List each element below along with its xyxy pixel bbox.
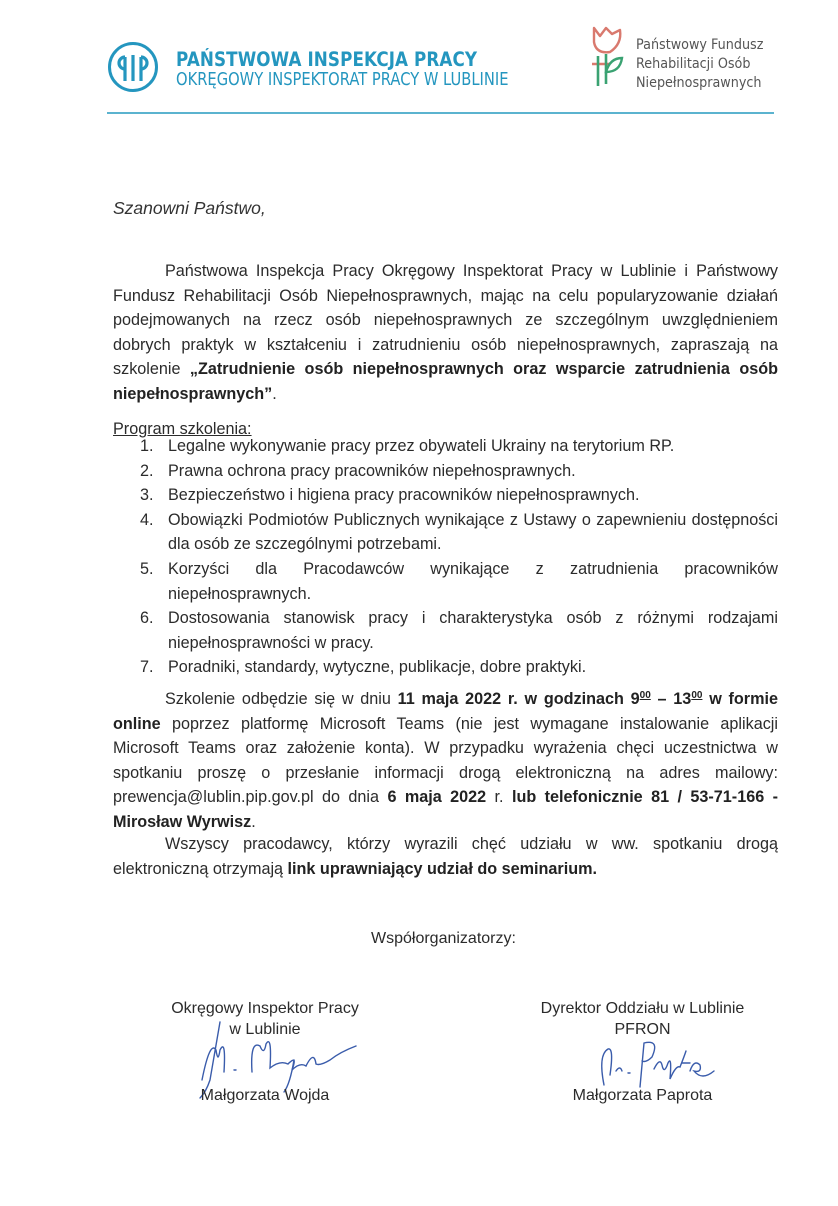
tulip-logo-icon bbox=[588, 22, 628, 92]
event-date: 11 maja 2022 r. w godzinach 900 – 1300 bbox=[398, 690, 703, 708]
coorganizers-label: Współorganizatorzy: bbox=[371, 930, 516, 948]
intro-paragraph: Państwowa Inspekcja Pracy Okręgowy Inspe… bbox=[113, 259, 778, 407]
details-paragraph: Szkolenie odbędzie się w dniu 11 maja 20… bbox=[113, 684, 778, 835]
details-text: poprzez platformę Microsoft Teams (nie j… bbox=[113, 715, 778, 782]
pfron-name-line: Niepełnosprawnych bbox=[636, 74, 763, 93]
program-item: 3.Bezpieczeństwo i higiena pracy pracown… bbox=[113, 483, 778, 508]
program-item-text: Obowiązki Podmiotów Publicznych wynikają… bbox=[168, 511, 778, 554]
intro-end: . bbox=[272, 385, 277, 403]
pfron-name-line: Rehabilitacji Osób bbox=[636, 55, 763, 74]
signatory-title: Dyrektor Oddziału w Lublinie bbox=[520, 998, 765, 1019]
program-item-text: Korzyści dla Pracodawców wynikające z za… bbox=[168, 560, 778, 603]
program-item-text: Prawna ochrona pracy pracowników niepełn… bbox=[168, 462, 576, 480]
training-title: „Zatrudnienie osób niepełnosprawnych ora… bbox=[113, 360, 778, 403]
program-item: 1.Legalne wykonywanie pracy przez obywat… bbox=[113, 434, 778, 459]
signatory-name: Małgorzata Wojda bbox=[155, 1087, 375, 1105]
greeting: Szanowni Państwo, bbox=[113, 198, 266, 219]
program-item: 6.Dostosowania stanowisk pracy i charakt… bbox=[113, 606, 778, 655]
program-item-number: 2. bbox=[140, 459, 154, 484]
signatory-name: Małgorzata Paprota bbox=[520, 1087, 765, 1105]
program-item: 4.Obowiązki Podmiotów Publicznych wynika… bbox=[113, 508, 778, 557]
program-item-number: 1. bbox=[140, 434, 154, 459]
program-item-text: Dostosowania stanowisk pracy i charakter… bbox=[168, 609, 778, 652]
program-item: 5.Korzyści dla Pracodawców wynikające z … bbox=[113, 557, 778, 606]
handwritten-signature-icon bbox=[590, 1035, 720, 1090]
program-item-text: Poradniki, standardy, wytyczne, publikac… bbox=[168, 658, 586, 676]
signature-block-right: Dyrektor Oddziału w Lublinie PFRON bbox=[520, 998, 765, 1040]
program-item: 7.Poradniki, standardy, wytyczne, publik… bbox=[113, 655, 778, 680]
program-item-number: 4. bbox=[140, 508, 154, 533]
link-note: link uprawniający udział do seminarium. bbox=[288, 860, 597, 878]
program-item-number: 7. bbox=[140, 655, 154, 680]
closing-paragraph: Wszyscy pracodawcy, którzy wyrazili chęć… bbox=[113, 832, 778, 881]
program-list: 1.Legalne wykonywanie pracy przez obywat… bbox=[113, 434, 778, 680]
program-item: 2.Prawna ochrona pracy pracowników niepe… bbox=[113, 459, 778, 484]
contact-email[interactable]: prewencja@lublin.pip.gov.pl bbox=[113, 788, 314, 806]
program-item-text: Legalne wykonywanie pracy przez obywatel… bbox=[168, 437, 674, 455]
registration-deadline: 6 maja 2022 bbox=[387, 788, 486, 806]
program-item-text: Bezpieczeństwo i higiena pracy pracownik… bbox=[168, 486, 640, 504]
program-item-number: 3. bbox=[140, 483, 154, 508]
signatory-title: Okręgowy Inspektor Pracy bbox=[155, 998, 375, 1019]
program-item-number: 6. bbox=[140, 606, 154, 631]
header-divider bbox=[107, 112, 774, 114]
pfron-name-line: Państwowy Fundusz bbox=[636, 36, 763, 55]
pip-subtitle: OKRĘGOWY INSPEKTORAT PRACY W LUBLINIE bbox=[176, 70, 509, 90]
pip-title: PAŃSTWOWA INSPEKCJA PRACY bbox=[176, 48, 477, 71]
program-item-number: 5. bbox=[140, 557, 154, 582]
pfron-name: Państwowy Fundusz Rehabilitacji Osób Nie… bbox=[636, 36, 763, 93]
pip-logo-icon bbox=[107, 41, 159, 93]
details-text: Szkolenie odbędzie się w dniu bbox=[165, 690, 398, 708]
